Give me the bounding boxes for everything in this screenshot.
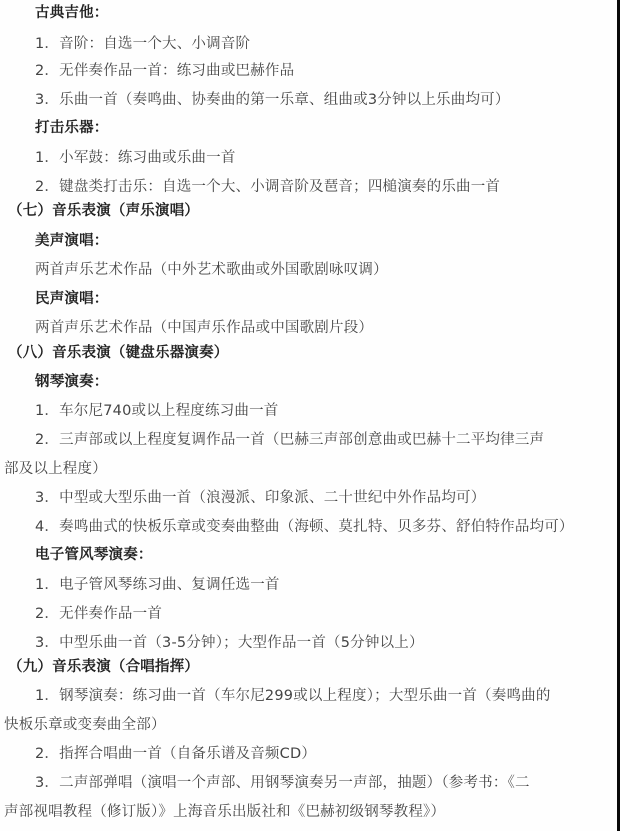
list-item: 2．三声部或以上程度复调作品一首（巴赫三声部创意曲或巴赫十二平均律三声	[35, 430, 544, 450]
list-item-continuation: 部及以上程度）	[4, 459, 107, 479]
list-item: 两首声乐艺术作品（中外艺术歌曲或外国歌剧咏叹调）	[35, 260, 388, 280]
list-item: 两首声乐艺术作品（中国声乐作品或中国歌剧片段）	[35, 318, 373, 338]
list-item: 2．指挥合唱曲一首（自备乐谱及音频CD）	[35, 744, 316, 764]
list-item: 1．小军鼓：练习曲或乐曲一首	[35, 148, 236, 168]
list-item: 2．键盘类打击乐：自选一个大、小调音阶及琶音；四槌演奏的乐曲一首	[35, 177, 500, 197]
section-title-conducting: （九）音乐表演（合唱指挥）	[8, 657, 199, 677]
section-title-vocal: （七）音乐表演（声乐演唱）	[8, 201, 199, 221]
list-item-continuation: 快板乐章或变奏曲全部）	[4, 715, 166, 735]
heading-bel-canto: 美声演唱：	[35, 231, 109, 251]
heading-piano: 钢琴演奏：	[35, 372, 109, 392]
list-item: 3．中型或大型乐曲一首（浪漫派、印象派、二十世纪中外作品均可）	[35, 488, 485, 508]
list-item: 3．乐曲一首（奏鸣曲、协奏曲的第一乐章、组曲或3分钟以上乐曲均可）	[35, 90, 510, 110]
list-item: 1．音阶：自选一个大、小调音阶	[35, 34, 250, 54]
list-item: 1．电子管风琴练习曲、复调任选一首	[35, 575, 280, 595]
list-item: 1．钢琴演奏：练习曲一首（车尔尼299或以上程度）；大型乐曲一首（奏鸣曲的	[35, 686, 551, 706]
document-page: 古典吉他： 1．音阶：自选一个大、小调音阶 2．无伴奏作品一首：练习曲或巴赫作品…	[0, 0, 617, 831]
heading-folk-singing: 民声演唱：	[35, 289, 109, 309]
heading-electronic-organ: 电子管风琴演奏：	[35, 545, 153, 565]
list-item: 1．车尔尼740或以上程度练习曲一首	[35, 401, 279, 421]
list-item: 4．奏鸣曲式的快板乐章或变奏曲整曲（海顿、莫扎特、贝多芬、舒伯特作品均可）	[35, 517, 574, 537]
list-item: 3．中型乐曲一首（3-5分钟）；大型作品一首（5分钟以上）	[35, 633, 424, 653]
heading-classical-guitar: 古典吉他：	[35, 3, 109, 23]
heading-percussion: 打击乐器：	[35, 118, 109, 138]
list-item: 2．无伴奏作品一首：练习曲或巴赫作品	[35, 61, 294, 81]
list-item: 2．无伴奏作品一首	[35, 604, 162, 624]
list-item-continuation: 声部视唱教程（修订版）》上海音乐出版社和《巴赫初级钢琴教程》）	[4, 802, 445, 822]
section-title-keyboard: （八）音乐表演（键盘乐器演奏）	[8, 343, 229, 363]
list-item: 3．二声部弹唱（演唱一个声部、用钢琴演奏另一声部，抽题）（参考书：《二	[35, 773, 530, 793]
